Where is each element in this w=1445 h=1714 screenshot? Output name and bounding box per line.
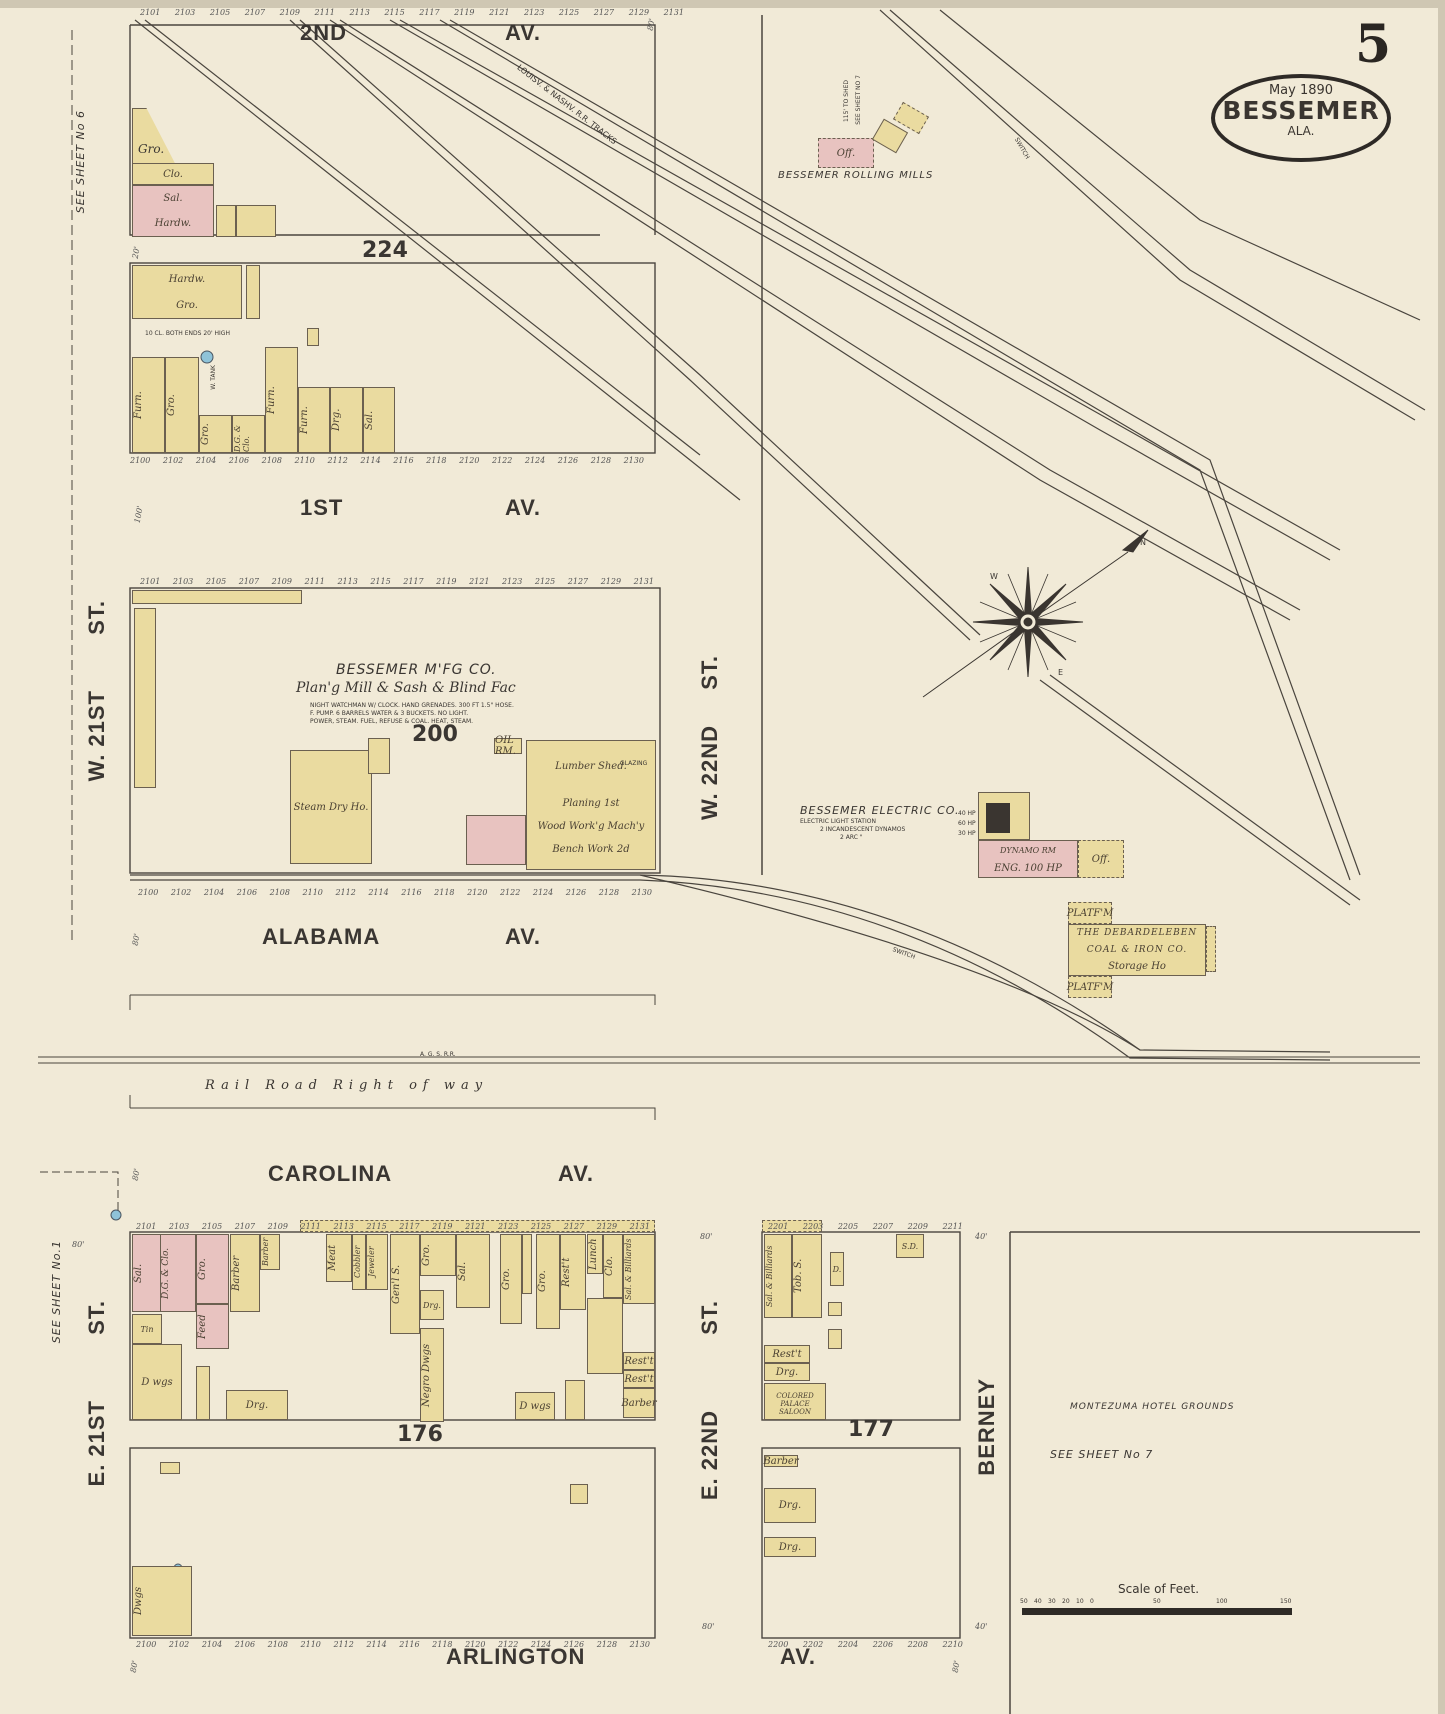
street-2nd-av: 2ND: [300, 20, 347, 46]
address-row-carolina-176: 2101 2103 2105 2107 2109 2111 2113 2115 …: [136, 1222, 650, 1231]
building-barber-177: Barber: [764, 1455, 798, 1467]
mfg-co-note-2: F. PUMP. 6 BARRELS WATER & 3 BUCKETS. NO…: [310, 710, 468, 717]
building-sal-224: Sal.: [363, 387, 395, 453]
montezuma-hotel-label: MONTEZUMA HOTEL GROUNDS: [1070, 1402, 1235, 1412]
block-number-200: 200: [412, 722, 458, 747]
block-number-176: 176: [397, 1422, 443, 1447]
building-restaurant-a: Rest't: [623, 1352, 655, 1370]
building-small-177-a: [828, 1302, 842, 1316]
street-alabama-av: ALABAMA: [262, 924, 380, 950]
building-sheds-w21st: [134, 608, 156, 788]
see-sheet-6: SEE SHEET No 6: [74, 110, 87, 213]
boilers-icon: [986, 803, 1010, 833]
building-small-224: [216, 205, 236, 237]
address-row-1st-av-south: 2100 2102 2104 2106 2108 2110 2112 2114 …: [130, 456, 644, 465]
street-e22nd-suffix: ST.: [697, 1300, 723, 1335]
building-rear-176: [587, 1298, 623, 1374]
mfg-co-note-3: POWER, STEAM. FUEL, REFUSE & COAL. HEAT,…: [310, 718, 473, 725]
fire-escape-note: 10 CL. BOTH ENDS 20' HIGH: [145, 330, 230, 337]
building-furn-2: Furn.: [265, 347, 298, 453]
platform-bottom: PLATF'M: [1068, 976, 1112, 998]
building-feed-176: Feed: [196, 1304, 229, 1349]
block-number-177: 177: [848, 1417, 894, 1442]
see-sheet-7-label: SEE SHEET No 7: [1050, 1448, 1153, 1461]
building-meat: Meat: [326, 1234, 352, 1282]
building-small-177-b: [828, 1329, 842, 1349]
address-row-alabama: 2100 2102 2104 2106 2108 2110 2112 2114 …: [138, 888, 652, 897]
building-drg-177: Drg.: [764, 1363, 810, 1381]
building-drg-176: Drg.: [226, 1390, 288, 1420]
street-carolina-av-suffix: AV.: [558, 1161, 594, 1187]
building-sd-177: S.D.: [896, 1234, 924, 1258]
building-sal-billiards-176: Sal. & Billiards: [623, 1234, 655, 1304]
width-e22nd-bottom: 80': [702, 1622, 714, 1631]
building-sal-176-2: Sal.: [456, 1234, 490, 1308]
rolling-mills-office: Off.: [818, 138, 874, 168]
mfg-co-note-1: NIGHT WATCHMAN W/ CLOCK. HAND GRENADES. …: [310, 702, 514, 709]
building-hardw-gro: Hardw. Gro.: [132, 265, 242, 319]
street-e21st: E. 21ST: [84, 1400, 110, 1486]
scale-title: Scale of Feet.: [1118, 1582, 1199, 1596]
street-1st-av: 1ST: [300, 495, 343, 521]
building-clo-224: Clo.: [132, 163, 214, 185]
building-gro-176: Gro.: [196, 1234, 229, 1304]
electric-co-line-1: ELECTRIC LIGHT STATION: [800, 818, 876, 825]
block-number-224: 224: [362, 238, 408, 263]
platform-side: [1206, 926, 1216, 972]
building-shed-x: [236, 205, 276, 237]
building-boiler-house: [978, 792, 1030, 840]
compass-north: N: [1140, 538, 1146, 547]
building-dwlg-176: Drg.: [420, 1290, 444, 1320]
building-negro-dwgs: Negro Dwgs: [420, 1328, 444, 1422]
street-berney: BERNEY: [974, 1378, 1000, 1476]
rr-right-of-way-label: Rail Road Right of way: [205, 1078, 488, 1093]
rolling-mills-note-2: SEE SHEET NO 7: [855, 75, 862, 125]
building-drg-177-b: Drg.: [764, 1488, 816, 1523]
street-carolina-av: CAROLINA: [268, 1161, 392, 1187]
water-tank-label: W. TANK: [210, 365, 217, 390]
building-furn-3: Furn.: [298, 387, 330, 453]
building-shed-176-south: [160, 1462, 180, 1474]
map-sheet: 5 May 1890 BESSEMER ALA. 2ND AV. 1ST AV.…: [0, 0, 1445, 1714]
building-gro-176-2: Gro.: [420, 1234, 456, 1276]
city-name: BESSEMER: [1215, 98, 1387, 124]
hp-30: 30 HP: [958, 830, 976, 837]
building-restaurant-177: Rest't: [764, 1345, 810, 1363]
building-restaurant-176: Rest't: [560, 1234, 586, 1310]
building-shed-x-176: [196, 1366, 210, 1420]
building-barber-1: Barber: [230, 1234, 260, 1312]
sheet-number: 5: [1355, 14, 1391, 75]
label-gro: Gro.: [138, 142, 164, 156]
mfg-co-subtitle: Plan'g Mill & Sash & Blind Fac: [296, 680, 516, 696]
building-dry-annex: [368, 738, 390, 774]
address-row-arlington-177: 2200 2202 2204 2206 2208 2210: [768, 1640, 963, 1649]
see-sheet-1: SEE SHEET No.1: [50, 1240, 63, 1343]
building-tiny-224: [307, 328, 319, 346]
street-2nd-av-suffix: AV.: [505, 20, 541, 46]
building-gro-2: Gro.: [165, 357, 199, 453]
building-dwgs-176-2: D wgs: [515, 1392, 555, 1420]
state-name: ALA.: [1215, 124, 1387, 138]
address-row-arlington-176: 2100 2102 2104 2106 2108 2110 2112 2114 …: [136, 1640, 650, 1649]
street-w21st: W. 21ST: [84, 690, 110, 781]
electric-co-name: BESSEMER ELECTRIC CO.: [800, 804, 959, 817]
street-alabama-av-suffix: AV.: [505, 924, 541, 950]
electric-co-line-3: 2 ARC ": [840, 834, 863, 841]
street-1st-av-suffix: AV.: [505, 495, 541, 521]
address-row-2nd-av: 2101 2103 2105 2107 2109 2111 2113 2115 …: [140, 8, 684, 17]
building-drg-177-c: Drg.: [764, 1537, 816, 1557]
building-furn-1: Furn.: [132, 357, 165, 453]
rolling-mills-note-1: 115' TO SHED: [843, 80, 850, 122]
street-w21st-suffix: ST.: [84, 600, 110, 635]
building-dwgs-cross: Dwgs: [132, 1566, 192, 1636]
building-jeweler: Jeweler: [366, 1234, 388, 1290]
width-berney-top: 40': [975, 1232, 987, 1241]
building-debardeleben-storage: THE DEBARDELEBEN COAL & IRON CO. Storage…: [1068, 924, 1206, 976]
street-e21st-suffix: ST.: [84, 1300, 110, 1335]
building-colored-palace-saloon: COLORED PALACE SALOON: [764, 1383, 826, 1420]
building-engine-boiler: [466, 815, 526, 865]
building-gro-3: Gro.: [199, 415, 232, 453]
compass-west: W: [990, 572, 998, 581]
building-row-1st-av: [132, 590, 302, 604]
building-restaurant-b: Rest't: [623, 1370, 655, 1388]
hp-40: 40 HP: [958, 810, 976, 817]
building-barber-176: [522, 1234, 532, 1294]
building-dwlg-176-south: [570, 1484, 588, 1504]
building-shed-224: [246, 265, 260, 319]
scale-bar-graphic: [1022, 1608, 1292, 1615]
ags-rr-label: A. G. S. R.R.: [420, 1051, 456, 1058]
building-dynamo-room: DYNAMO RM ENG. 100 HP: [978, 840, 1078, 878]
street-e22nd: E. 22ND: [697, 1410, 723, 1500]
building-barber-2: Barber: [260, 1234, 280, 1270]
building-electric-office: Off.: [1078, 840, 1124, 878]
building-sal-billiards-177: Sal. & Billiards: [764, 1234, 792, 1318]
building-drg-224: Drg.: [330, 387, 363, 453]
building-tob-s: Tob. S.: [792, 1234, 822, 1318]
address-row-carolina-177: 2201 2203 2205 2207 2209 2211: [768, 1222, 963, 1231]
building-tin: Tin: [132, 1314, 162, 1344]
building-cobbler: Cobbler: [352, 1234, 366, 1290]
hp-60: 60 HP: [958, 820, 976, 827]
address-row-1st-av-north: 2101 2103 2105 2107 2109 2111 2113 2115 …: [140, 577, 654, 586]
building-gro-176-3: Gro.: [500, 1234, 522, 1324]
mfg-co-name: BESSEMER M'FG CO.: [336, 662, 497, 678]
width-e21st-top: 80': [72, 1240, 84, 1249]
building-steam-dry-house: Steam Dry Ho.: [290, 750, 372, 864]
street-w22nd-suffix: ST.: [697, 655, 723, 690]
building-sal-hardw: Sal. Hardw.: [132, 185, 214, 237]
building-barber-176-b: Barber: [623, 1388, 655, 1418]
title-cartouche: May 1890 BESSEMER ALA.: [1211, 74, 1391, 162]
building-dwg-176-3: [565, 1380, 585, 1420]
glazing-label: GLAZING: [620, 760, 647, 767]
electric-co-line-2: 2 INCANDESCENT DYNAMOS: [820, 826, 905, 833]
building-dg-clo: D.G. & Clo.: [232, 415, 265, 453]
building-lunch: Lunch: [587, 1234, 603, 1274]
building-dg-clo-176: D.G. & Clo.: [160, 1234, 196, 1312]
street-w22nd: W. 22ND: [697, 725, 723, 820]
width-berney-bottom: 40': [975, 1622, 987, 1631]
width-e22nd-top: 80': [700, 1232, 712, 1241]
building-dwgs-176: D wgs: [132, 1344, 182, 1420]
building-d-177: D.: [830, 1252, 844, 1286]
platform-top: PLATF'M: [1068, 902, 1112, 924]
building-genl-store: Gen'l S.: [390, 1234, 420, 1334]
rolling-mills-label: BESSEMER ROLLING MILLS: [778, 170, 933, 181]
compass-east: E: [1058, 668, 1063, 677]
building-clo-176: Clo.: [603, 1234, 623, 1298]
building-gro-176-4: Gro.: [536, 1234, 560, 1329]
building-oil-room: OIL RM.: [494, 738, 522, 754]
